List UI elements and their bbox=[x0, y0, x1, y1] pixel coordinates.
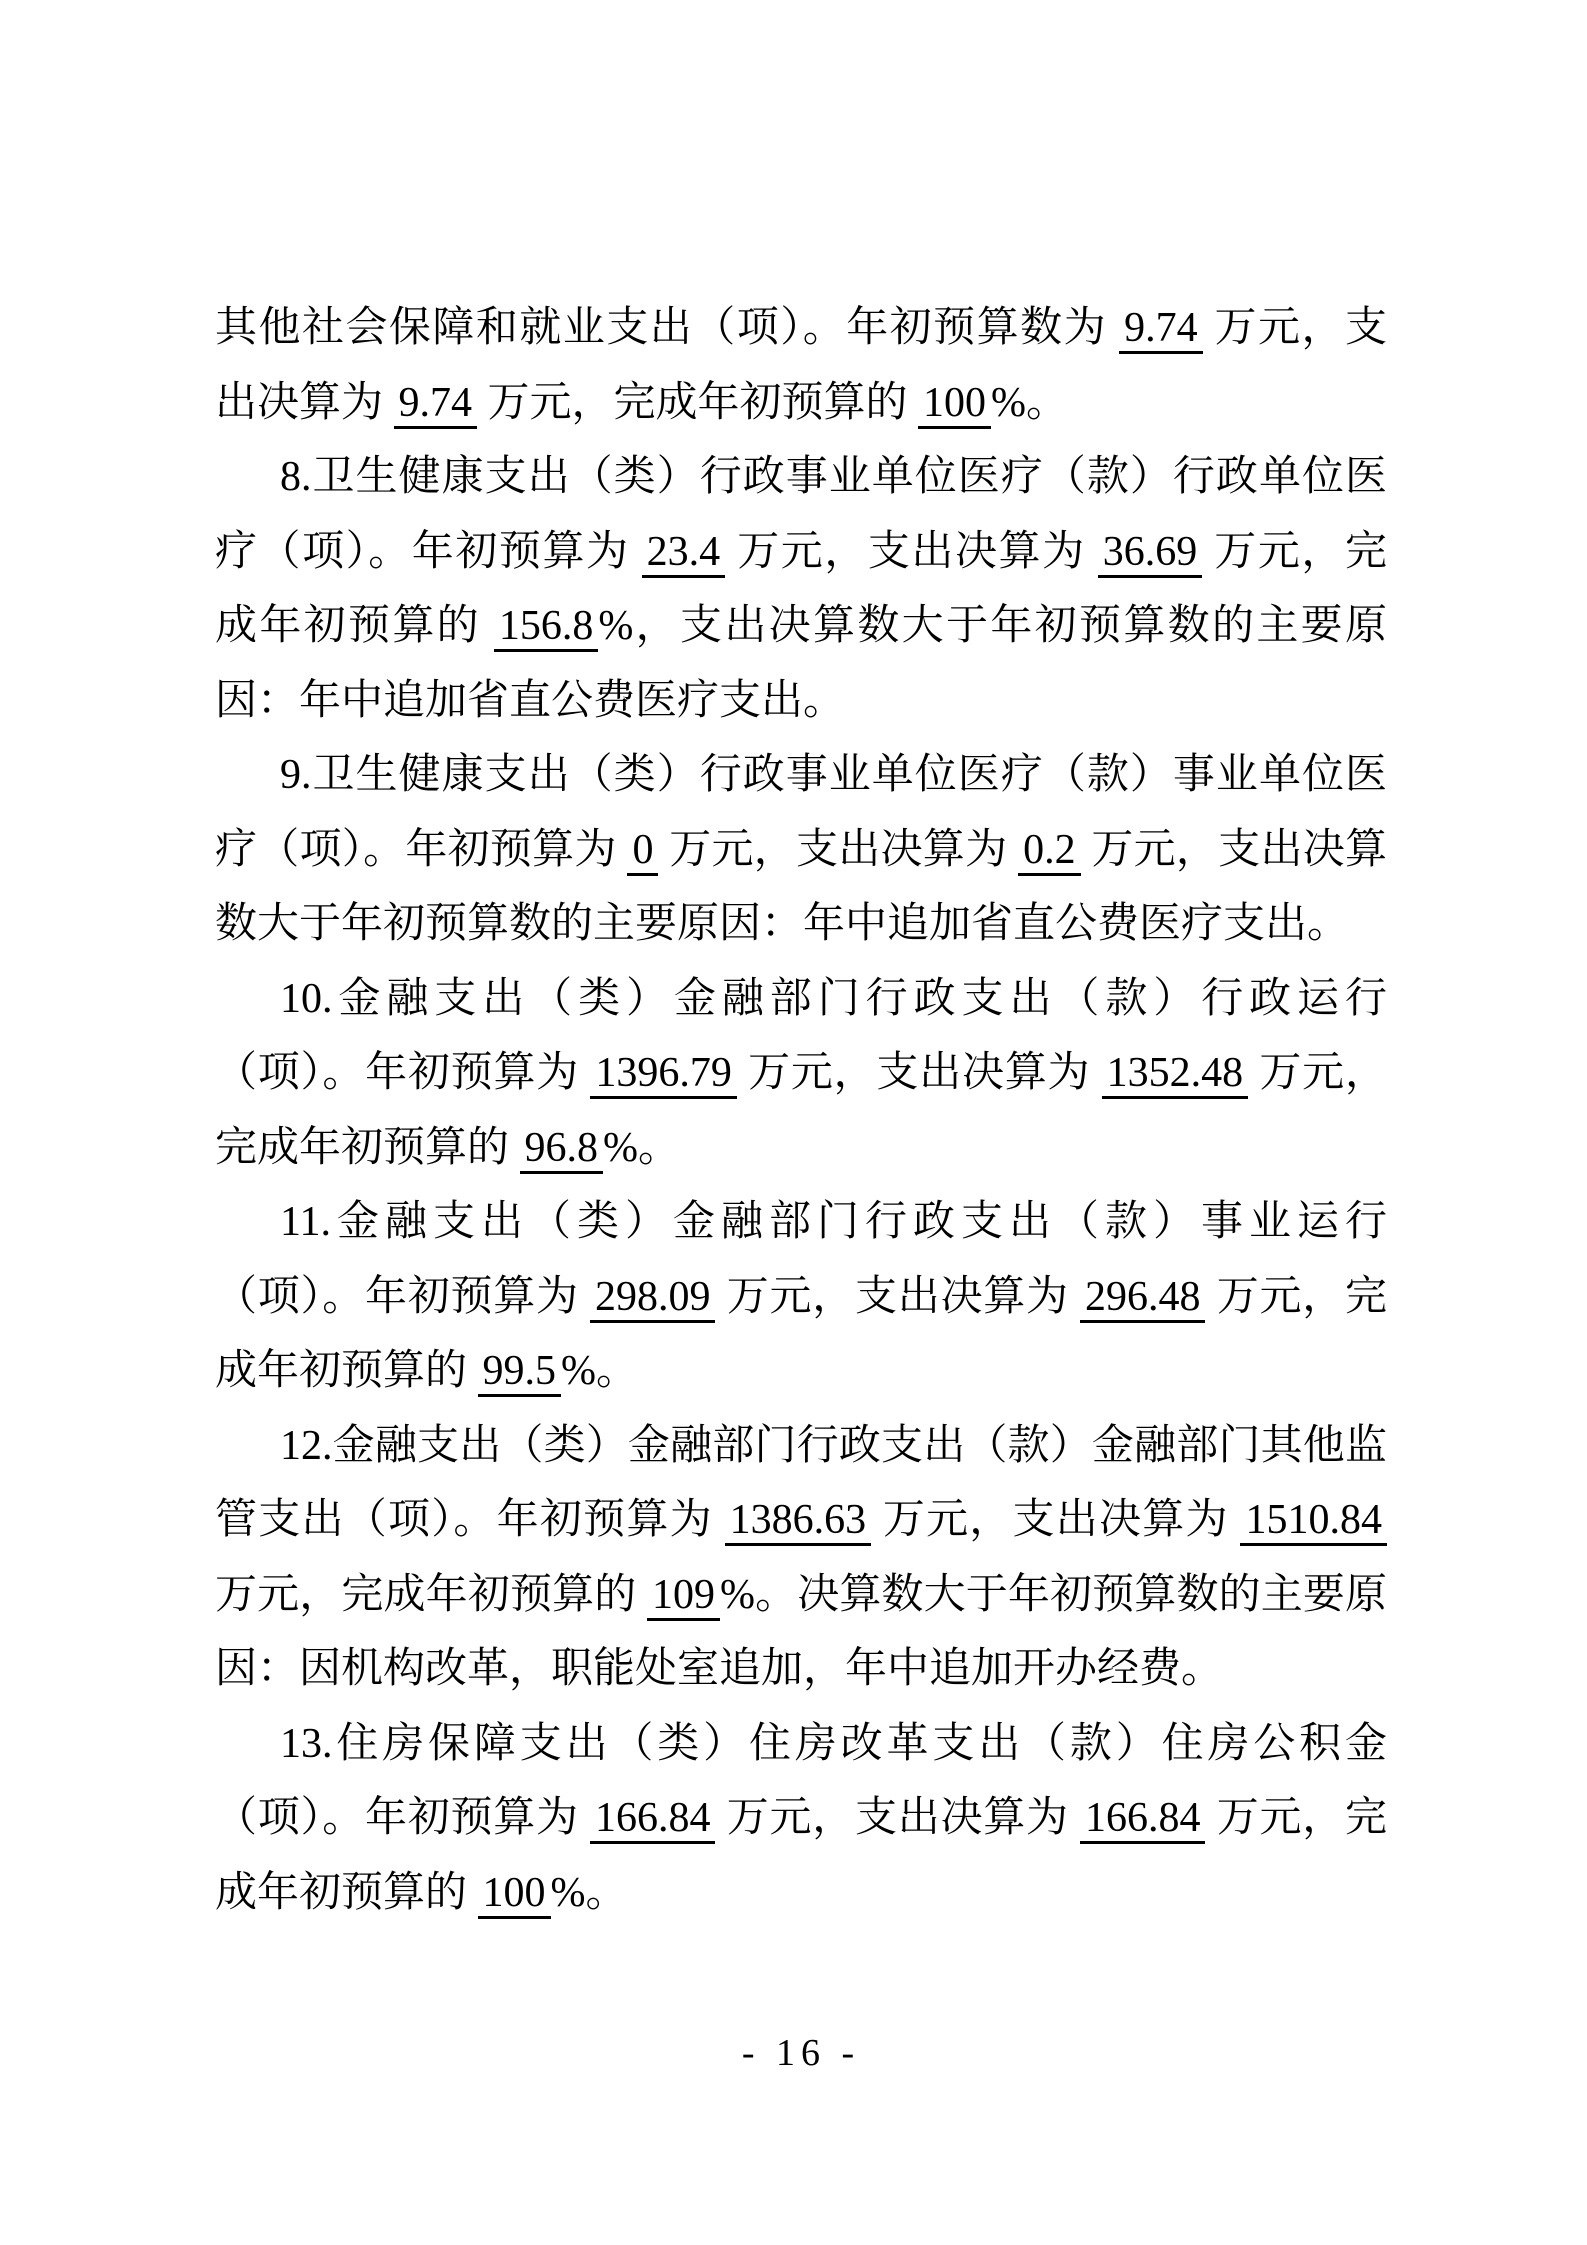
text-segment: %。 bbox=[603, 1125, 680, 1171]
text-segment: %。 bbox=[561, 1348, 638, 1394]
text-segment: 万元，支出决算为 bbox=[715, 1795, 1079, 1841]
underlined-value: 1510.84 bbox=[1240, 1497, 1387, 1546]
underlined-value: 298.09 bbox=[590, 1274, 716, 1323]
text-segment: 万元，支出决算为 bbox=[871, 1497, 1240, 1543]
text-segment: %。 bbox=[991, 380, 1068, 426]
underlined-value: 1352.48 bbox=[1102, 1050, 1249, 1099]
paragraph: 9.卫生健康支出（类）行政事业单位医疗（款）事业单位医疗（项）。年初预算为 0 … bbox=[215, 738, 1387, 962]
text-segment: 万元，支出决算为 bbox=[725, 529, 1098, 575]
document-page: 其他社会保障和就业支出（项）。年初预算数为 9.74 万元，支出决算为 9.74… bbox=[0, 0, 1587, 2245]
document-body: 其他社会保障和就业支出（项）。年初预算数为 9.74 万元，支出决算为 9.74… bbox=[215, 291, 1387, 1930]
underlined-value: 23.4 bbox=[642, 529, 726, 578]
underlined-value: 9.74 bbox=[1119, 305, 1203, 354]
text-segment: 万元，支出决算为 bbox=[658, 827, 1018, 873]
underlined-value: 166.84 bbox=[1080, 1795, 1206, 1844]
text-segment: 万元，支出决算为 bbox=[737, 1050, 1102, 1096]
underlined-value: 166.84 bbox=[590, 1795, 716, 1844]
underlined-value: 1396.79 bbox=[590, 1050, 737, 1099]
underlined-value: 96.8 bbox=[520, 1125, 604, 1174]
underlined-value: 156.8 bbox=[494, 603, 599, 652]
text-segment: 其他社会保障和就业支出（项）。年初预算数为 bbox=[215, 305, 1119, 351]
underlined-value: 100 bbox=[478, 1870, 551, 1919]
underlined-value: 1386.63 bbox=[725, 1497, 872, 1546]
paragraph: 13.住房保障支出（类）住房改革支出（款）住房公积金（项）。年初预算为 166.… bbox=[215, 1707, 1387, 1931]
underlined-value: 9.74 bbox=[394, 380, 478, 429]
underlined-value: 36.69 bbox=[1098, 529, 1203, 578]
text-segment: %。 bbox=[551, 1870, 628, 1916]
underlined-value: 296.48 bbox=[1080, 1274, 1206, 1323]
underlined-value: 0 bbox=[627, 827, 658, 876]
underlined-value: 109 bbox=[647, 1572, 720, 1621]
underlined-value: 99.5 bbox=[478, 1348, 562, 1397]
paragraph: 10.金融支出（类）金融部门行政支出（款）行政运行（项）。年初预算为 1396.… bbox=[215, 962, 1387, 1186]
paragraph: 12.金融支出（类）金融部门行政支出（款）金融部门其他监管支出（项）。年初预算为… bbox=[215, 1409, 1387, 1707]
paragraph: 8.卫生健康支出（类）行政事业单位医疗（款）行政单位医疗（项）。年初预算为 23… bbox=[215, 440, 1387, 738]
page-number: - 16 - bbox=[215, 2032, 1387, 2074]
paragraph: 其他社会保障和就业支出（项）。年初预算数为 9.74 万元，支出决算为 9.74… bbox=[215, 291, 1387, 440]
underlined-value: 100 bbox=[918, 380, 991, 429]
underlined-value: 0.2 bbox=[1018, 827, 1081, 876]
text-segment: 万元，完成年初预算的 bbox=[215, 1572, 647, 1618]
paragraph: 11.金融支出（类）金融部门行政支出（款）事业运行（项）。年初预算为 298.0… bbox=[215, 1185, 1387, 1409]
text-segment: 万元，完成年初预算的 bbox=[477, 380, 918, 426]
text-segment: 万元，支出决算为 bbox=[715, 1274, 1079, 1320]
